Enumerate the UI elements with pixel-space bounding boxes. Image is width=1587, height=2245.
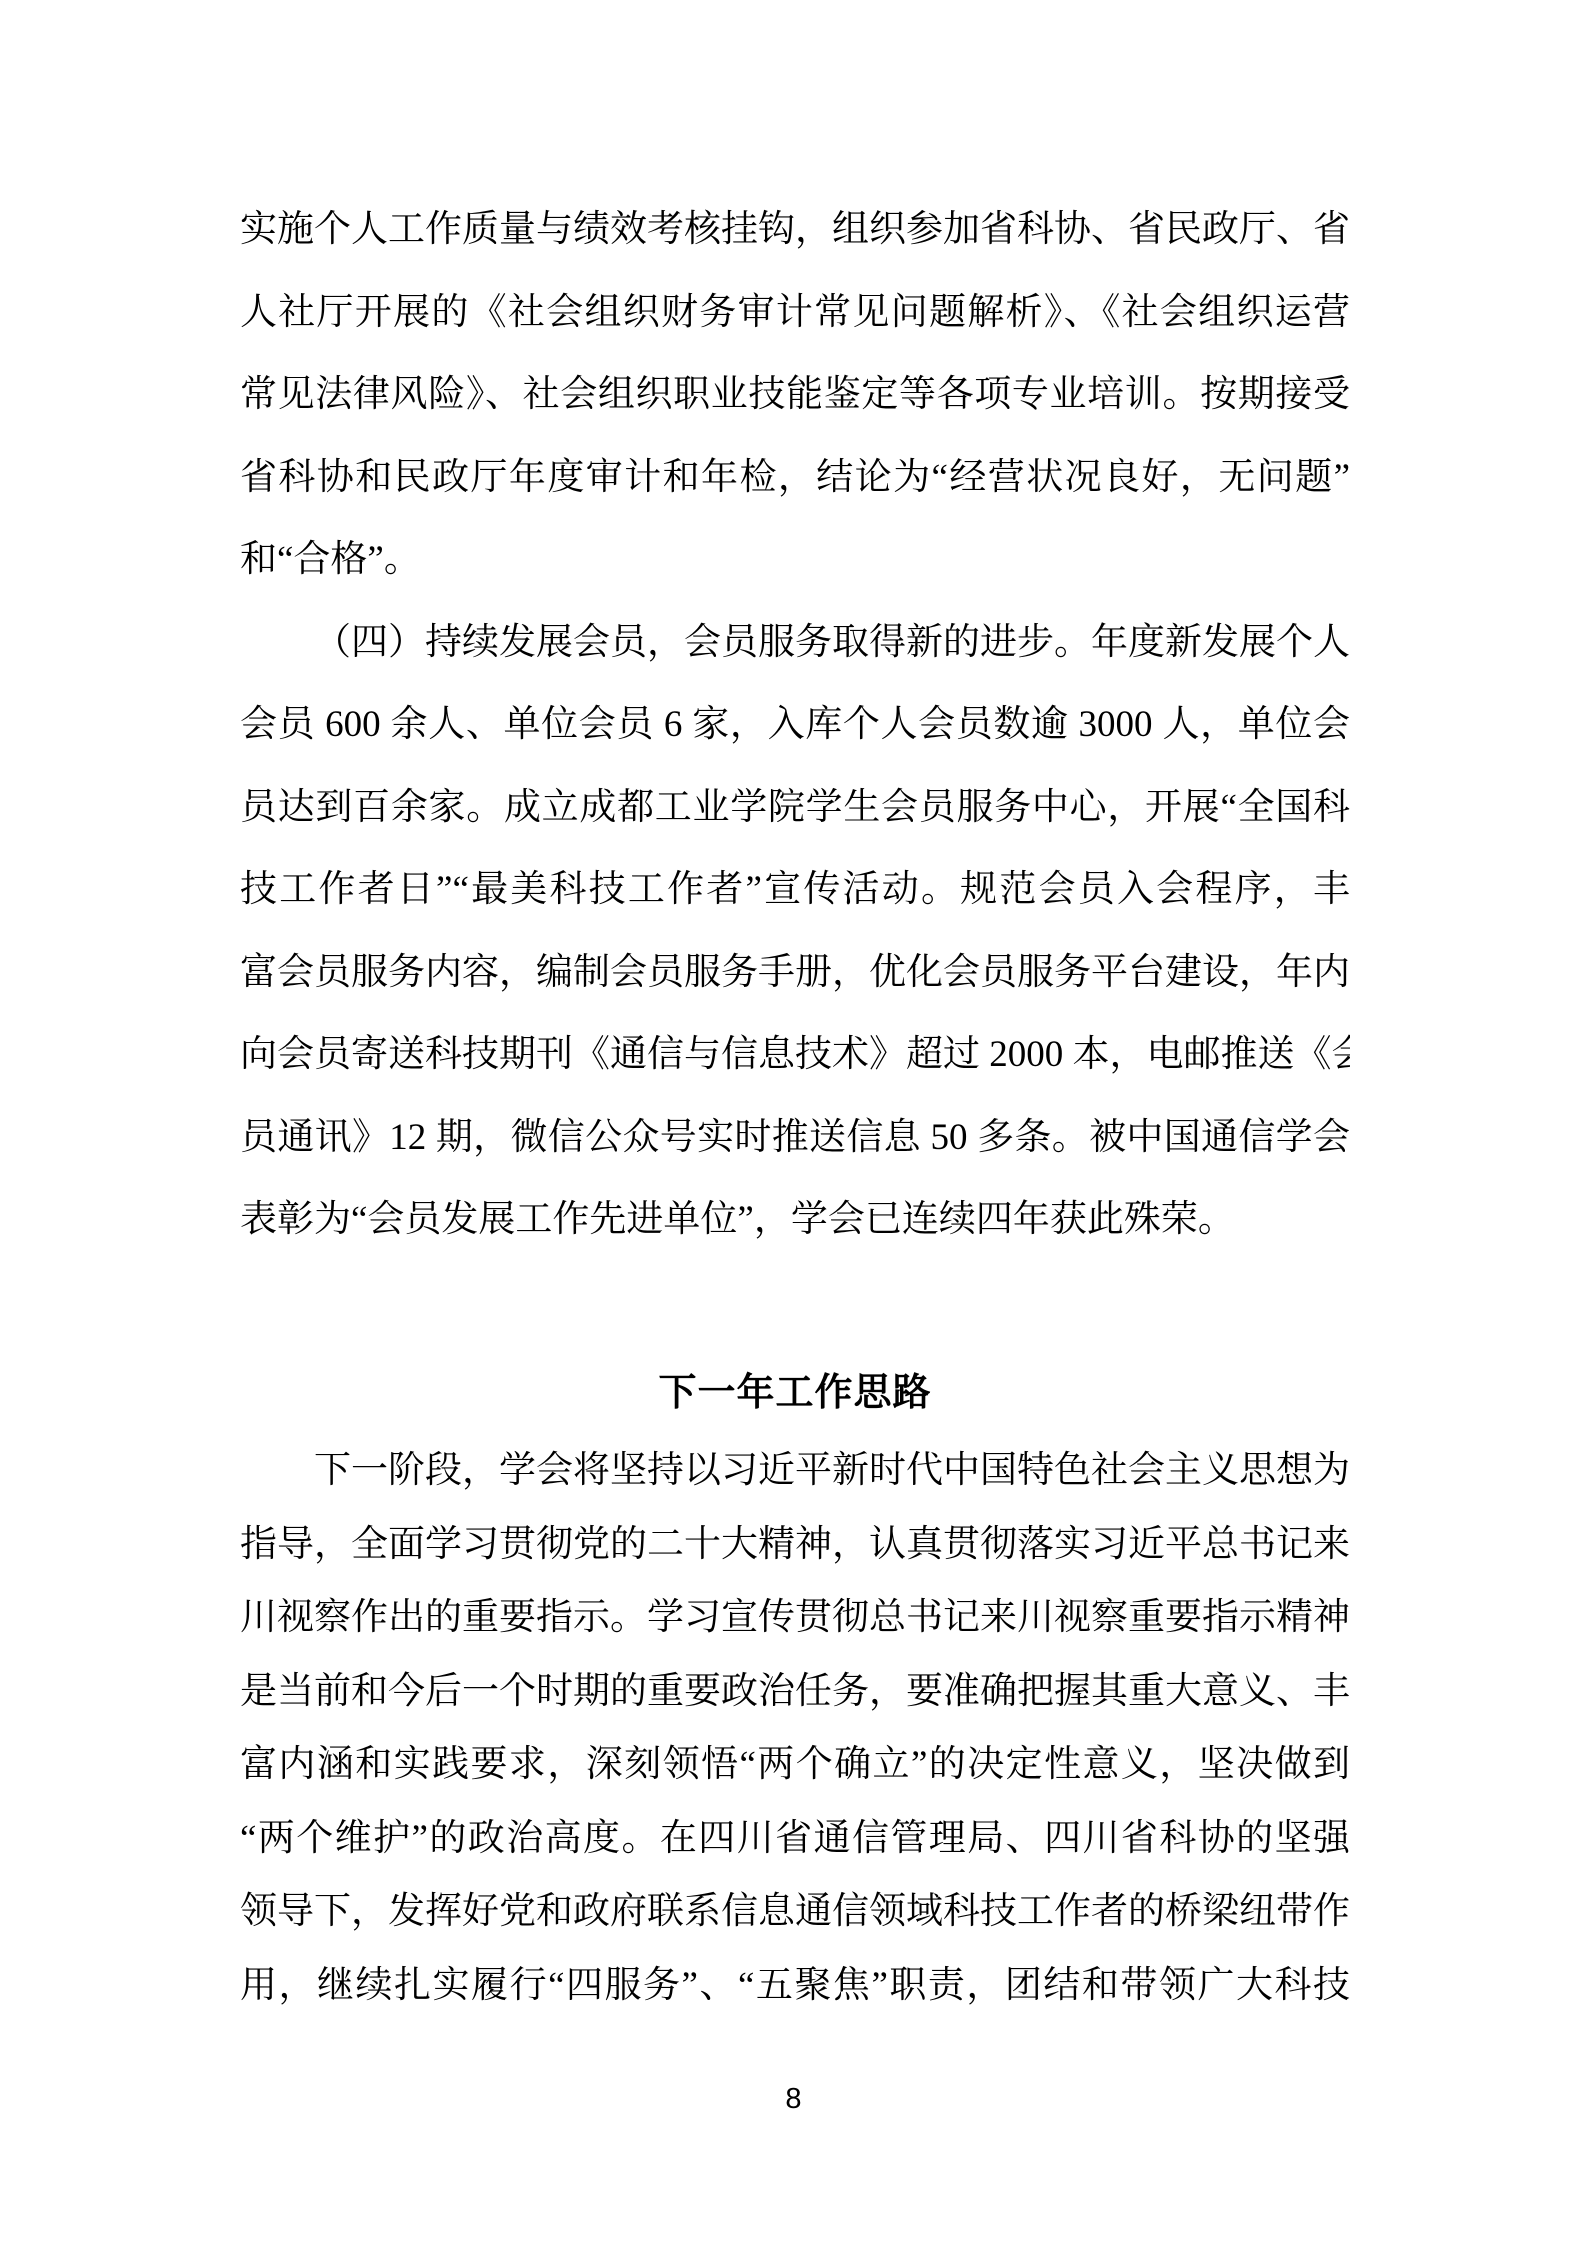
paragraph-next-year-plan: 下一阶段，学会将坚持以习近平新时代中国特色社会主义思想为 指导，全面学习贯彻党的… [240, 1434, 1350, 2022]
text-line: 省科协和民政厅年度审计和年检，结论为“经营状况良好，无问题” [240, 437, 1350, 520]
text-line: 常见法律风险》、社会组织职业技能鉴定等各项专业培训。按期接受 [240, 354, 1350, 437]
text-line: 下一阶段，学会将坚持以习近平新时代中国特色社会主义思想为 [240, 1434, 1350, 1508]
text-line: 领导下，发挥好党和政府联系信息通信领域科技工作者的桥梁纽带作 [240, 1875, 1350, 1949]
text-line: 富会员服务内容，编制会员服务手册，优化会员服务平台建设，年内 [240, 932, 1350, 1015]
paragraph-audit-training: 实施个人工作质量与绩效考核挂钩，组织参加省科协、省民政厅、省 人社厅开展的《社会… [240, 189, 1350, 602]
page-body: 实施个人工作质量与绩效考核挂钩，组织参加省科协、省民政厅、省 人社厅开展的《社会… [240, 189, 1350, 2022]
text-line: 员达到百余家。成立成都工业学院学生会员服务中心，开展“全国科 [240, 767, 1350, 850]
document-page: 实施个人工作质量与绩效考核挂钩，组织参加省科协、省民政厅、省 人社厅开展的《社会… [0, 0, 1587, 2245]
text-line: 和“合格”。 [240, 519, 1350, 602]
text-line: “两个维护”的政治高度。在四川省通信管理局、四川省科协的坚强 [240, 1802, 1350, 1876]
text-line: 实施个人工作质量与绩效考核挂钩，组织参加省科协、省民政厅、省 [240, 189, 1350, 272]
paragraph-membership-development: （四）持续发展会员，会员服务取得新的进步。年度新发展个人 会员 600 余人、单… [240, 602, 1350, 1262]
text-line: 指导，全面学习贯彻党的二十大精神，认真贯彻落实习近平总书记来 [240, 1508, 1350, 1582]
text-line: 技工作者日”“最美科技工作者”宣传活动。规范会员入会程序，丰 [240, 849, 1350, 932]
text-line: 富内涵和实践要求，深刻领悟“两个确立”的决定性意义，坚决做到 [240, 1728, 1350, 1802]
text-line: 川视察作出的重要指示。学习宣传贯彻总书记来川视察重要指示精神 [240, 1581, 1350, 1655]
text-line: 员通讯》12 期，微信公众号实时推送信息 50 多条。被中国通信学会 [240, 1097, 1350, 1180]
text-line: 是当前和今后一个时期的重要政治任务，要准确把握其重大意义、丰 [240, 1655, 1350, 1729]
section-heading: 下一年工作思路 [240, 1352, 1350, 1435]
text-line: （四）持续发展会员，会员服务取得新的进步。年度新发展个人 [240, 602, 1350, 685]
text-line: 表彰为“会员发展工作先进单位”，学会已连续四年获此殊荣。 [240, 1179, 1350, 1262]
text-line: 向会员寄送科技期刊《通信与信息技术》超过 2000 本，电邮推送《会 [240, 1014, 1350, 1097]
text-line: 会员 600 余人、单位会员 6 家，入库个人会员数逾 3000 人，单位会 [240, 684, 1350, 767]
text-line: 用，继续扎实履行“四服务”、“五聚焦”职责，团结和带领广大科技 [240, 1949, 1350, 2023]
text-line: 人社厅开展的《社会组织财务审计常见问题解析》、《社会组织运营 [240, 272, 1350, 355]
page-number: 8 [0, 2085, 1587, 2114]
